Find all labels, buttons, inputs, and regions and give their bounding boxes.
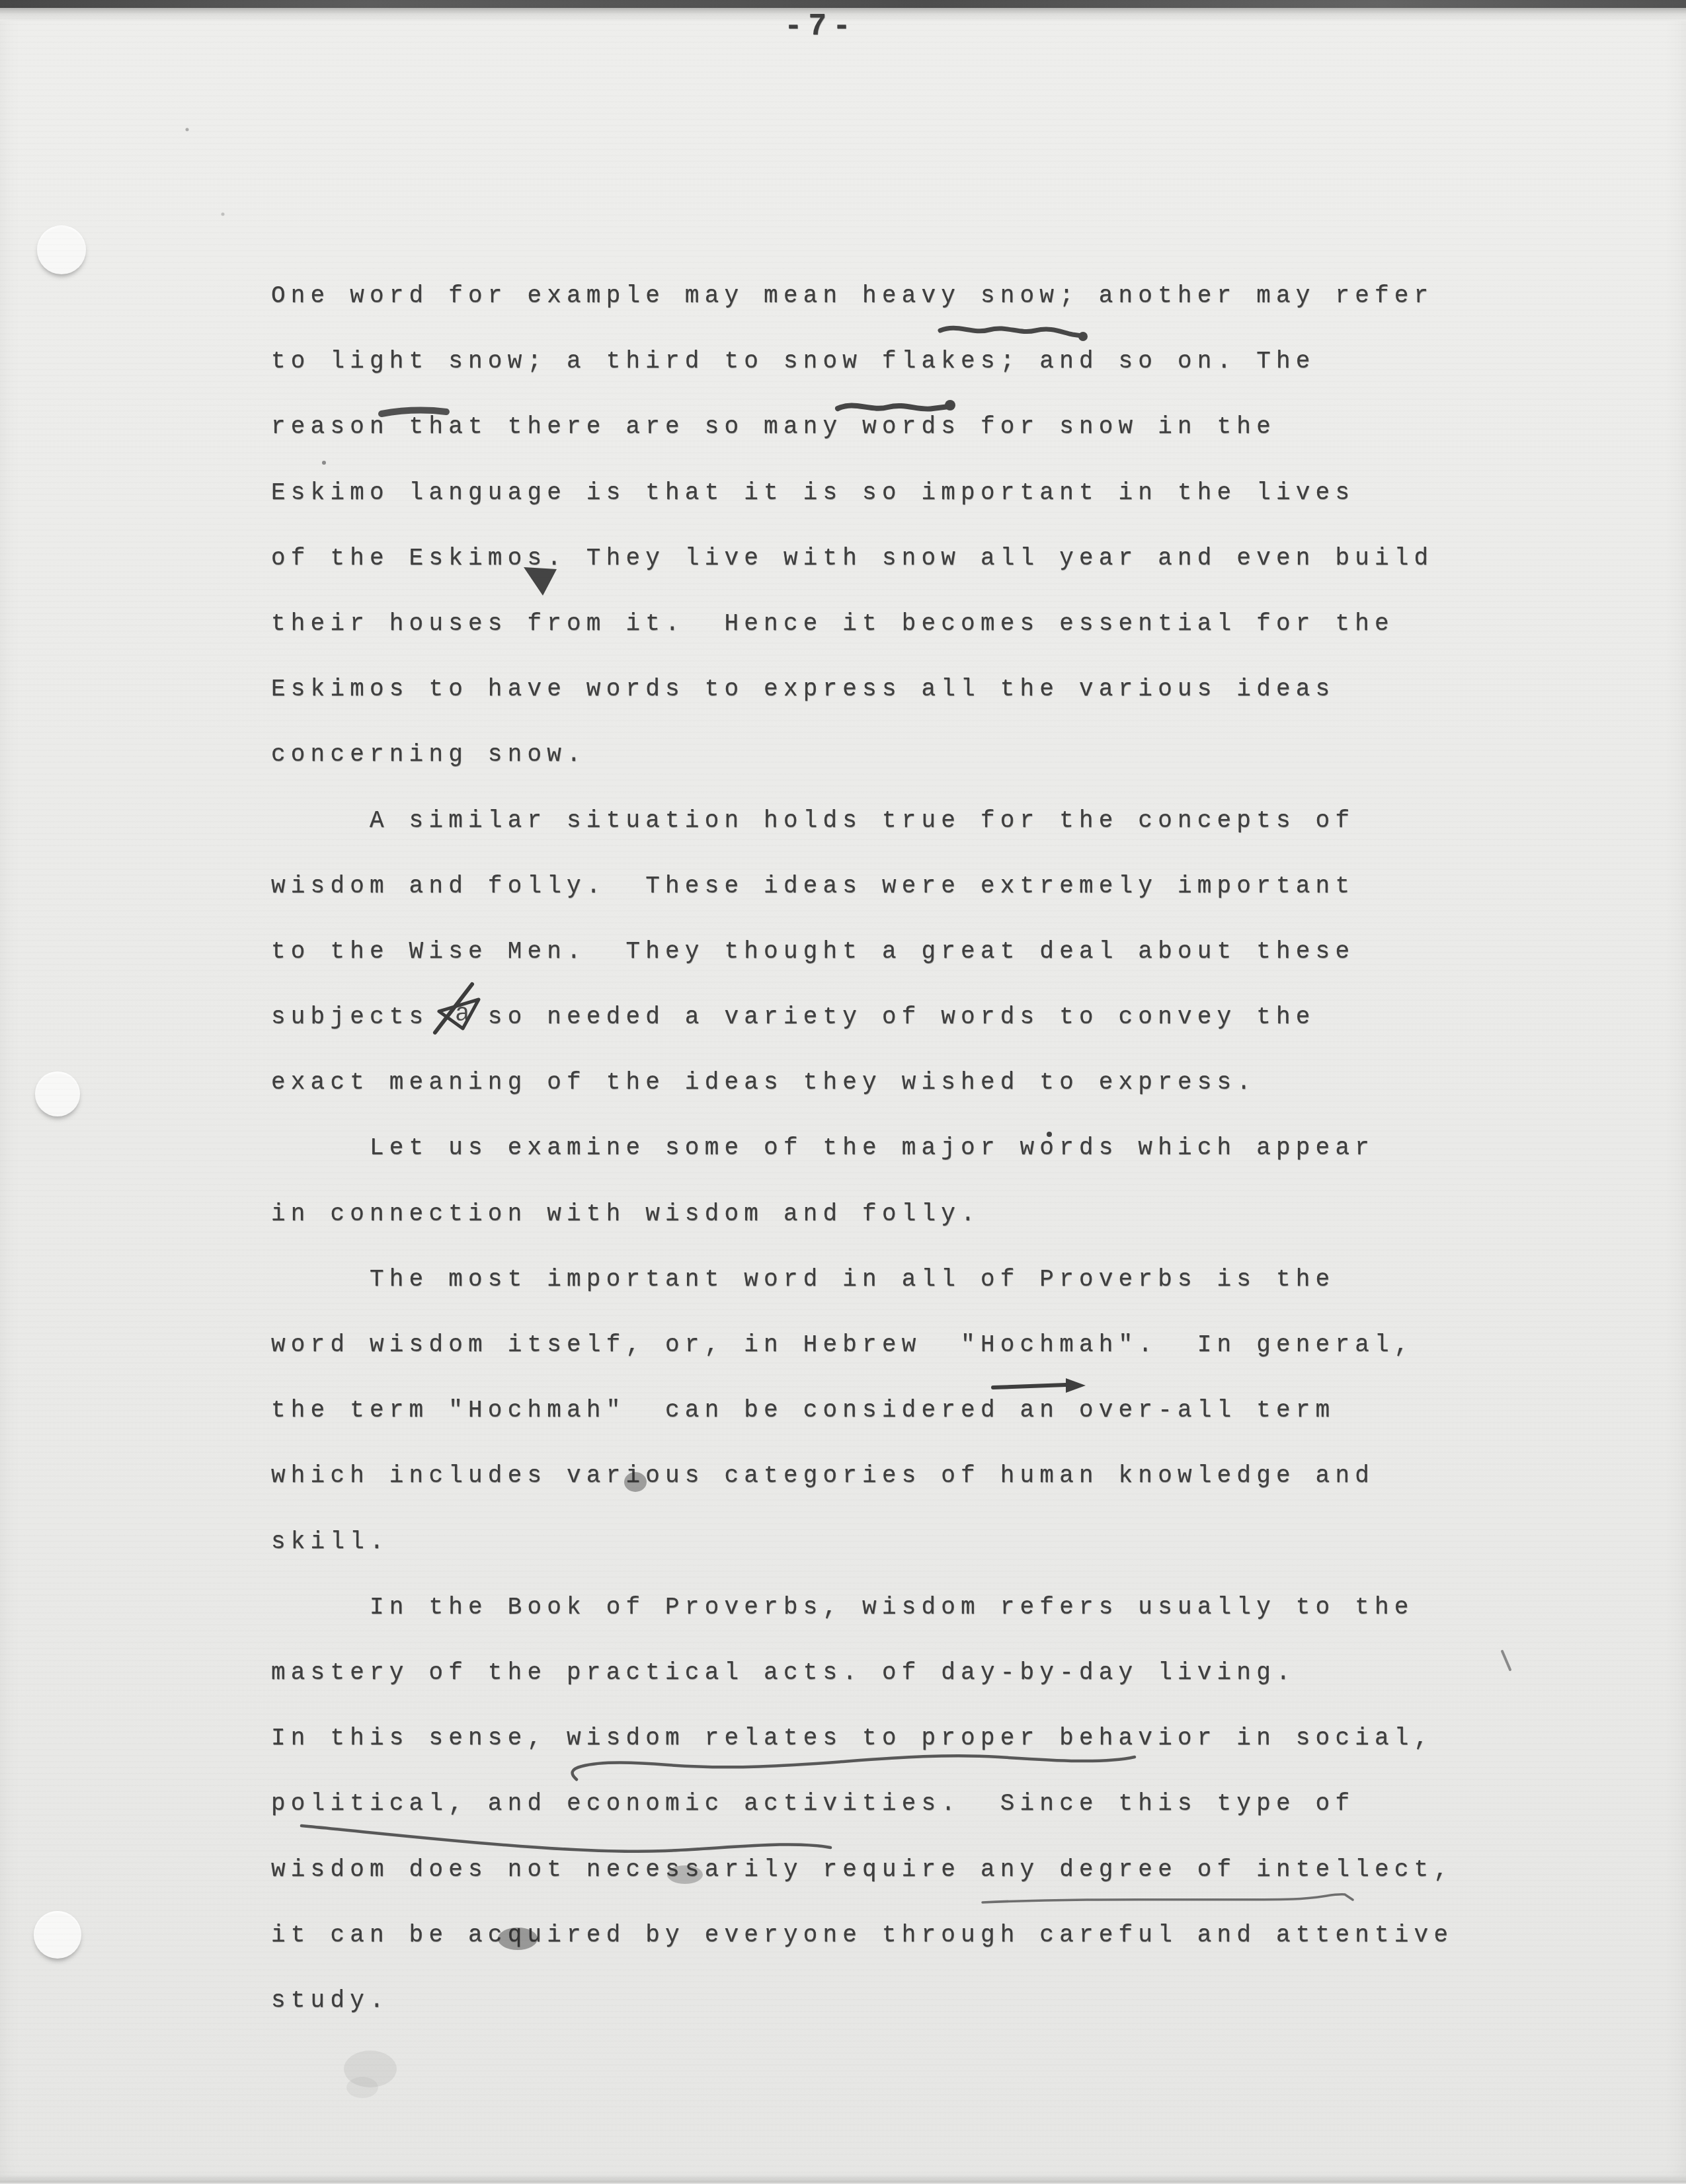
punch-hole-top <box>37 225 86 274</box>
document-page: -7- One word for example may mean heavy … <box>0 0 1686 2184</box>
text-line: of the Eskimos. They live with snow all … <box>271 526 1501 591</box>
text-line: reason that there are so many words for … <box>271 394 1501 459</box>
paper-speck <box>186 128 189 132</box>
text-line: wisdom and folly. These ideas were extre… <box>271 853 1501 919</box>
punch-hole-bottom <box>34 1911 81 1959</box>
text-line: it can be acquired by everyone through c… <box>271 1902 1501 1968</box>
page-number: -7- <box>784 9 857 44</box>
text-line: the term "Hochmah" can be considered an … <box>271 1378 1501 1443</box>
text-line: One word for example may mean heavy snow… <box>271 263 1501 329</box>
pencil-smudge-bottom <box>344 2050 397 2087</box>
pencil-smudge-bottom-2 <box>346 2077 378 2098</box>
text-line: skill. <box>271 1509 1501 1575</box>
typewritten-text-block: One word for example may mean heavy snow… <box>271 263 1501 2033</box>
text-line: which includes various categories of hum… <box>271 1443 1501 1508</box>
text-line: The most important word in all of Prover… <box>271 1247 1501 1312</box>
text-line: word wisdom itself, or, in Hebrew "Hochm… <box>271 1312 1501 1378</box>
text-line: Let us examine some of the major words w… <box>271 1115 1501 1181</box>
text-line: to the Wise Men. They thought a great de… <box>271 919 1501 984</box>
text-line: In this sense, wisdom relates to proper … <box>271 1705 1501 1771</box>
paper-speck <box>221 213 225 216</box>
text-line: wisdom does not necessarily require any … <box>271 1837 1501 1902</box>
text-line: mastery of the practical acts. of day-by… <box>271 1640 1501 1705</box>
text-line: Eskimo language is that it is so importa… <box>271 460 1501 526</box>
text-line: to light snow; a third to snow flakes; a… <box>271 329 1501 394</box>
scan-bottom-edge <box>0 2175 1686 2184</box>
text-line: In the Book of Proverbs, wisdom refers u… <box>271 1575 1501 1640</box>
struck-out-character: a <box>455 1000 470 1029</box>
scan-top-edge <box>0 0 1686 8</box>
text-line: A similar situation holds true for the c… <box>271 788 1501 853</box>
text-line: exact meaning of the ideas they wished t… <box>271 1050 1501 1115</box>
text-line: political, and economic activities. Sinc… <box>271 1771 1501 1836</box>
text-line: their houses from it. Hence it becomes e… <box>271 591 1501 656</box>
punch-hole-middle <box>35 1072 80 1116</box>
text-line: in connection with wisdom and folly. <box>271 1181 1501 1247</box>
text-line: study. <box>271 1968 1501 2033</box>
text-line: concerning snow. <box>271 722 1501 787</box>
margin-tick <box>1502 1651 1510 1670</box>
text-line: Eskimos to have words to express all the… <box>271 656 1501 722</box>
